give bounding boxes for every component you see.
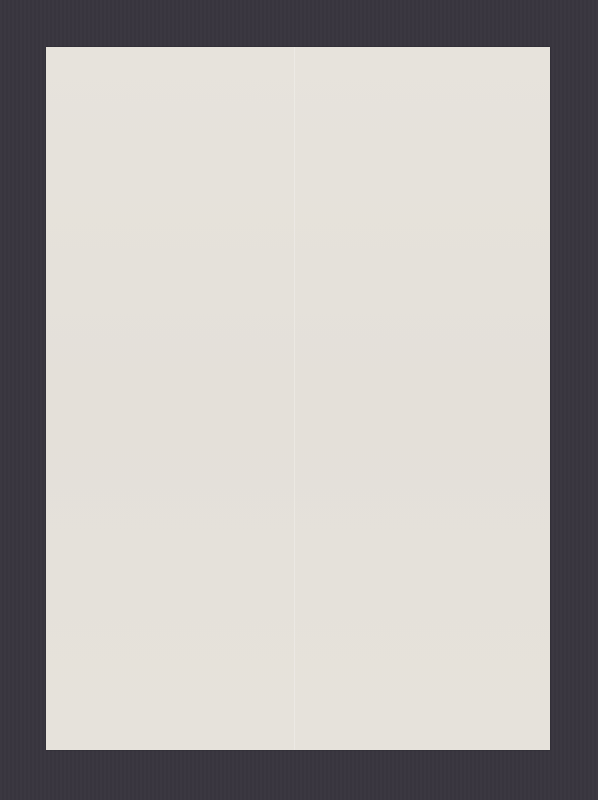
letter-page xyxy=(46,47,550,750)
paper-fold-crease xyxy=(294,47,295,750)
